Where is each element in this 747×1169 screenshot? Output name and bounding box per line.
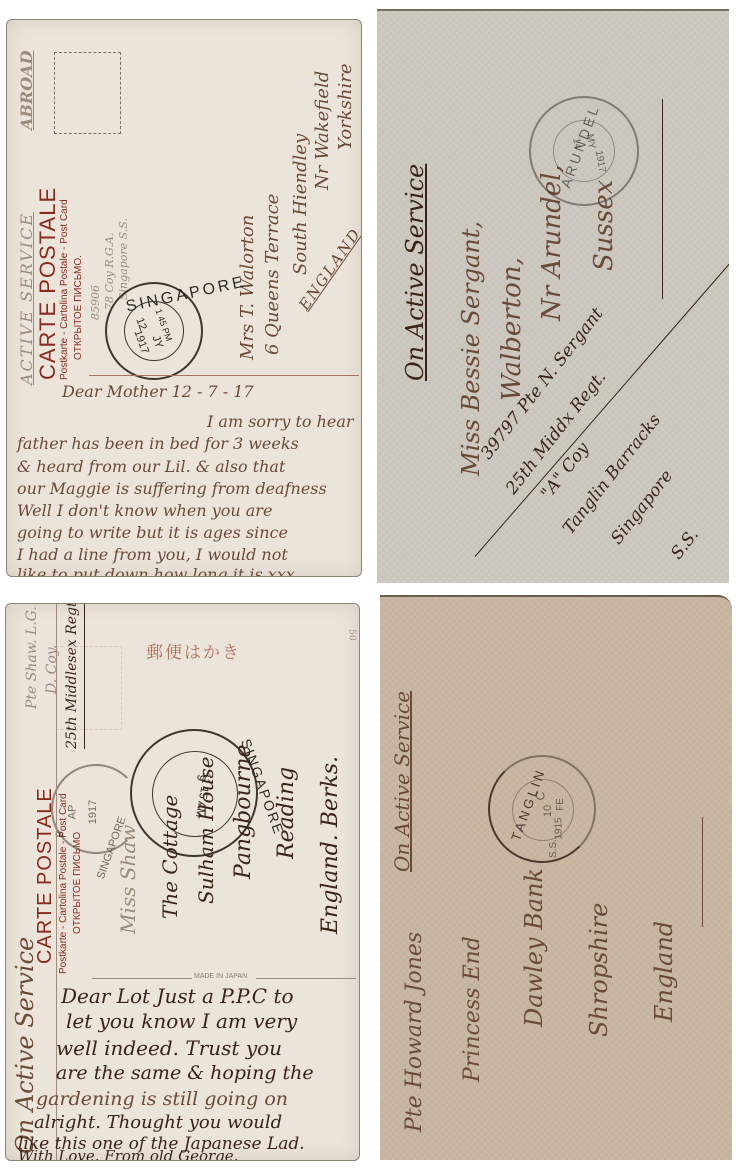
active-service-label: ACTIVE SERVICE [17, 212, 36, 385]
address-line-2: 6 Queens Terrace [262, 194, 283, 355]
address-line-5: Reading [274, 767, 299, 859]
postmark-singapore: SINGAPORE 1 45 PM 12 JY 1917 [105, 282, 203, 380]
postcard-singapore-to-wakefield: ABROAD ACTIVE SERVICE CARTE POSTALE Post… [6, 19, 362, 577]
abroad-label: ABROAD [17, 51, 36, 130]
carte-postale-title: CARTE POSTALE [35, 187, 61, 380]
postmark-tanglin: TANGLIN C 10 FE 1915 S.S. [488, 755, 596, 863]
stamp-box [54, 52, 121, 134]
address-line-2: The Cottage [158, 795, 182, 919]
address-line-5: Yorkshire [335, 63, 356, 150]
postcard-singapore-to-pangbourne: 郵便はかき 50 Pte Shaw. L.G. D. Coy. 25th Mid… [5, 603, 360, 1161]
japanese-header: 郵便はかき [146, 638, 241, 663]
address-line-4: Shropshire [585, 903, 613, 1037]
postmark-arundel: ARUNDEL 14 MY 1917 [529, 96, 639, 206]
postcard-subtitle: Postkarte - Cartolina Postale - Post Car… [59, 199, 70, 380]
address-line-5: England [650, 921, 678, 1022]
address-line-1: Miss Shaw [116, 825, 140, 934]
address-line-1: Miss Bessie Sergant, [457, 221, 485, 476]
sender-number: 85906 [89, 285, 102, 320]
made-in-japan-label: MADE IN JAPAN [194, 973, 247, 980]
address-line-3: Dawley Bank [520, 868, 548, 1027]
sender-location: Singapore S.S. [117, 218, 130, 300]
postcard-subtitle-russian: ОТКРЫТОЕ ПИСЬМО. [73, 255, 84, 360]
address-line-2: Princess End [460, 936, 485, 1082]
address-line-3: Sulham House [194, 756, 218, 904]
address-line-1: Pte Howard Jones [402, 932, 427, 1132]
envelope-to-dawley-bank: On Active Service TANGLIN C 10 FE 1915 S… [380, 595, 732, 1160]
address-line-6: England. Berks. [318, 756, 343, 934]
address-line-4: Pangbourne [231, 745, 256, 879]
sender-line-2: D. Coy. [44, 645, 60, 694]
sender-unit: 78 Coy R.G.A. [103, 233, 116, 310]
on-active-service-label: On Active Service [390, 691, 414, 872]
corner-number: 50 [347, 629, 357, 640]
on-active-service-label: On Active Service [401, 164, 429, 381]
address-line-2: Walberton, [497, 257, 527, 401]
address-line-4: Nr Wakefield [312, 71, 333, 190]
sender-line-1: Pte Shaw. L.G. [24, 606, 40, 709]
address-line-3: South Hiendley [290, 134, 311, 275]
sender-line-3: 25th Middlesex Regt [64, 603, 80, 749]
envelope-to-walberton: On Active Service Miss Bessie Sergant, W… [377, 9, 729, 583]
